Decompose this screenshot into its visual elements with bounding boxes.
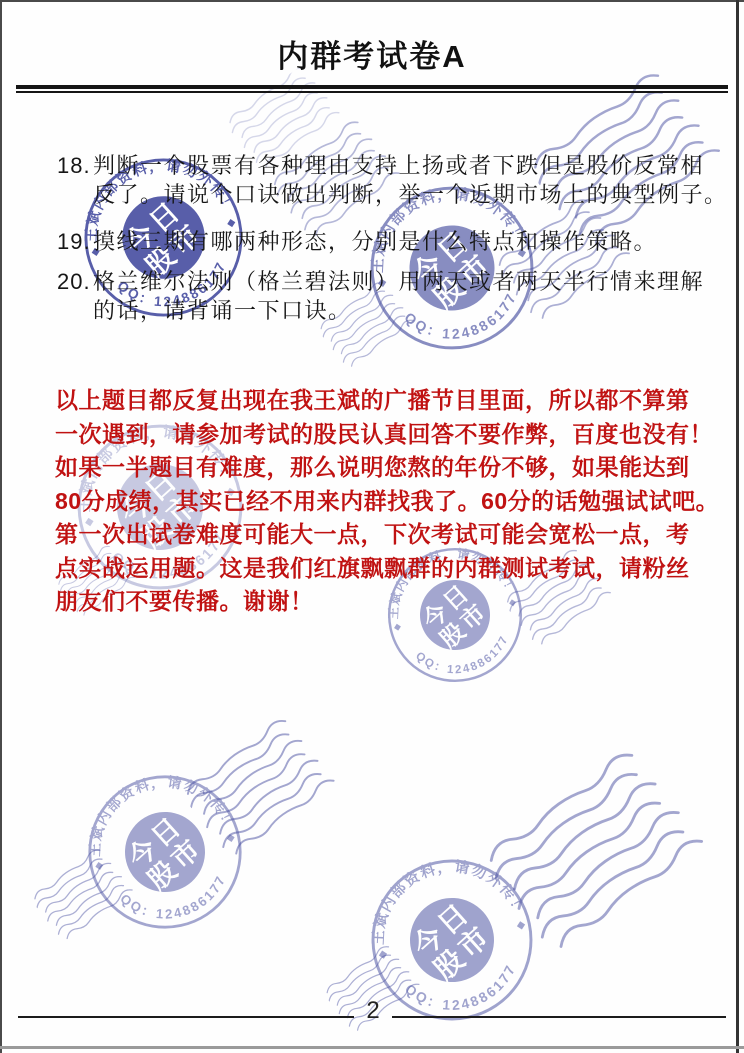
question-text: 判断一个股票有各种理由支持上扬或者下跌但是股价反常相 反了。请说个口诀做出判断，… bbox=[93, 151, 728, 209]
page-number: 2 bbox=[352, 997, 394, 1025]
notice-line: 朋友们不要传播。谢谢！ bbox=[55, 585, 707, 619]
question-item-20: 20. 格兰维尔法则（格兰碧法则）用两天或者两天半行情来理解 的话，请背诵一下口… bbox=[57, 267, 713, 325]
question-line: 的话，请背诵一下口诀。 bbox=[93, 296, 713, 325]
notice-line: 一次遇到，请参加考试的股民认真回答不要作弊，百度也没有！ bbox=[55, 418, 707, 452]
question-text: 格兰维尔法则（格兰碧法则）用两天或者两天半行情来理解 的话，请背诵一下口诀。 bbox=[93, 267, 713, 325]
question-number: 20. bbox=[57, 267, 93, 296]
page-border-bottom bbox=[0, 1046, 744, 1049]
question-item-18: 18. 判断一个股票有各种理由支持上扬或者下跌但是股价反常相 反了。请说个口诀做… bbox=[57, 151, 713, 209]
footer-line-left bbox=[18, 1016, 354, 1018]
page-title: 内群考试卷A bbox=[0, 31, 744, 76]
content-layer: 内群考试卷A 18. 判断一个股票有各种理由支持上扬或者下跌但是股价反常相 反了… bbox=[0, 0, 744, 1053]
question-list: 18. 判断一个股票有各种理由支持上扬或者下跌但是股价反常相 反了。请说个口诀做… bbox=[57, 151, 713, 325]
question-line: 判断一个股票有各种理由支持上扬或者下跌但是股价反常相 bbox=[93, 151, 728, 180]
notice-block: 以上题目都反复出现在我王斌的广播节目里面，所以都不算第 一次遇到，请参加考试的股… bbox=[55, 384, 707, 619]
footer-line-right bbox=[392, 1016, 726, 1018]
notice-line: 80分成绩，其实已经不用来内群找我了。60分的话勉强试试吧。 bbox=[55, 485, 707, 519]
question-number: 19. bbox=[57, 227, 93, 256]
page-border-right bbox=[736, 0, 739, 1053]
exam-page: 王斌内部资料，请勿外传！QQ：124886177今日股市 王斌内部资料，请勿外传… bbox=[0, 0, 744, 1053]
question-text: 摸线三期有哪两种形态，分别是什么特点和操作策略。 bbox=[93, 227, 713, 256]
question-line: 摸线三期有哪两种形态，分别是什么特点和操作策略。 bbox=[93, 227, 713, 256]
notice-line: 如果一半题目有难度，那么说明您熬的年份不够，如果能达到 bbox=[55, 451, 707, 485]
page-border-top bbox=[0, 0, 744, 2]
question-number: 18. bbox=[57, 151, 93, 180]
page-border-left bbox=[0, 0, 2, 1053]
question-line: 反了。请说个口诀做出判断，举一个近期市场上的典型例子。 bbox=[93, 180, 728, 209]
notice-line: 第一次出试卷难度可能大一点，下次考试可能会宽松一点，考 bbox=[55, 518, 707, 552]
question-item-19: 19. 摸线三期有哪两种形态，分别是什么特点和操作策略。 bbox=[57, 227, 713, 256]
notice-line: 点实战运用题。这是我们红旗飘飘群的内群测试考试，请粉丝 bbox=[55, 552, 707, 586]
notice-line: 以上题目都反复出现在我王斌的广播节目里面，所以都不算第 bbox=[55, 384, 707, 418]
title-divider-thin bbox=[16, 91, 728, 93]
question-line: 格兰维尔法则（格兰碧法则）用两天或者两天半行情来理解 bbox=[93, 267, 713, 296]
title-divider-thick bbox=[16, 85, 728, 89]
